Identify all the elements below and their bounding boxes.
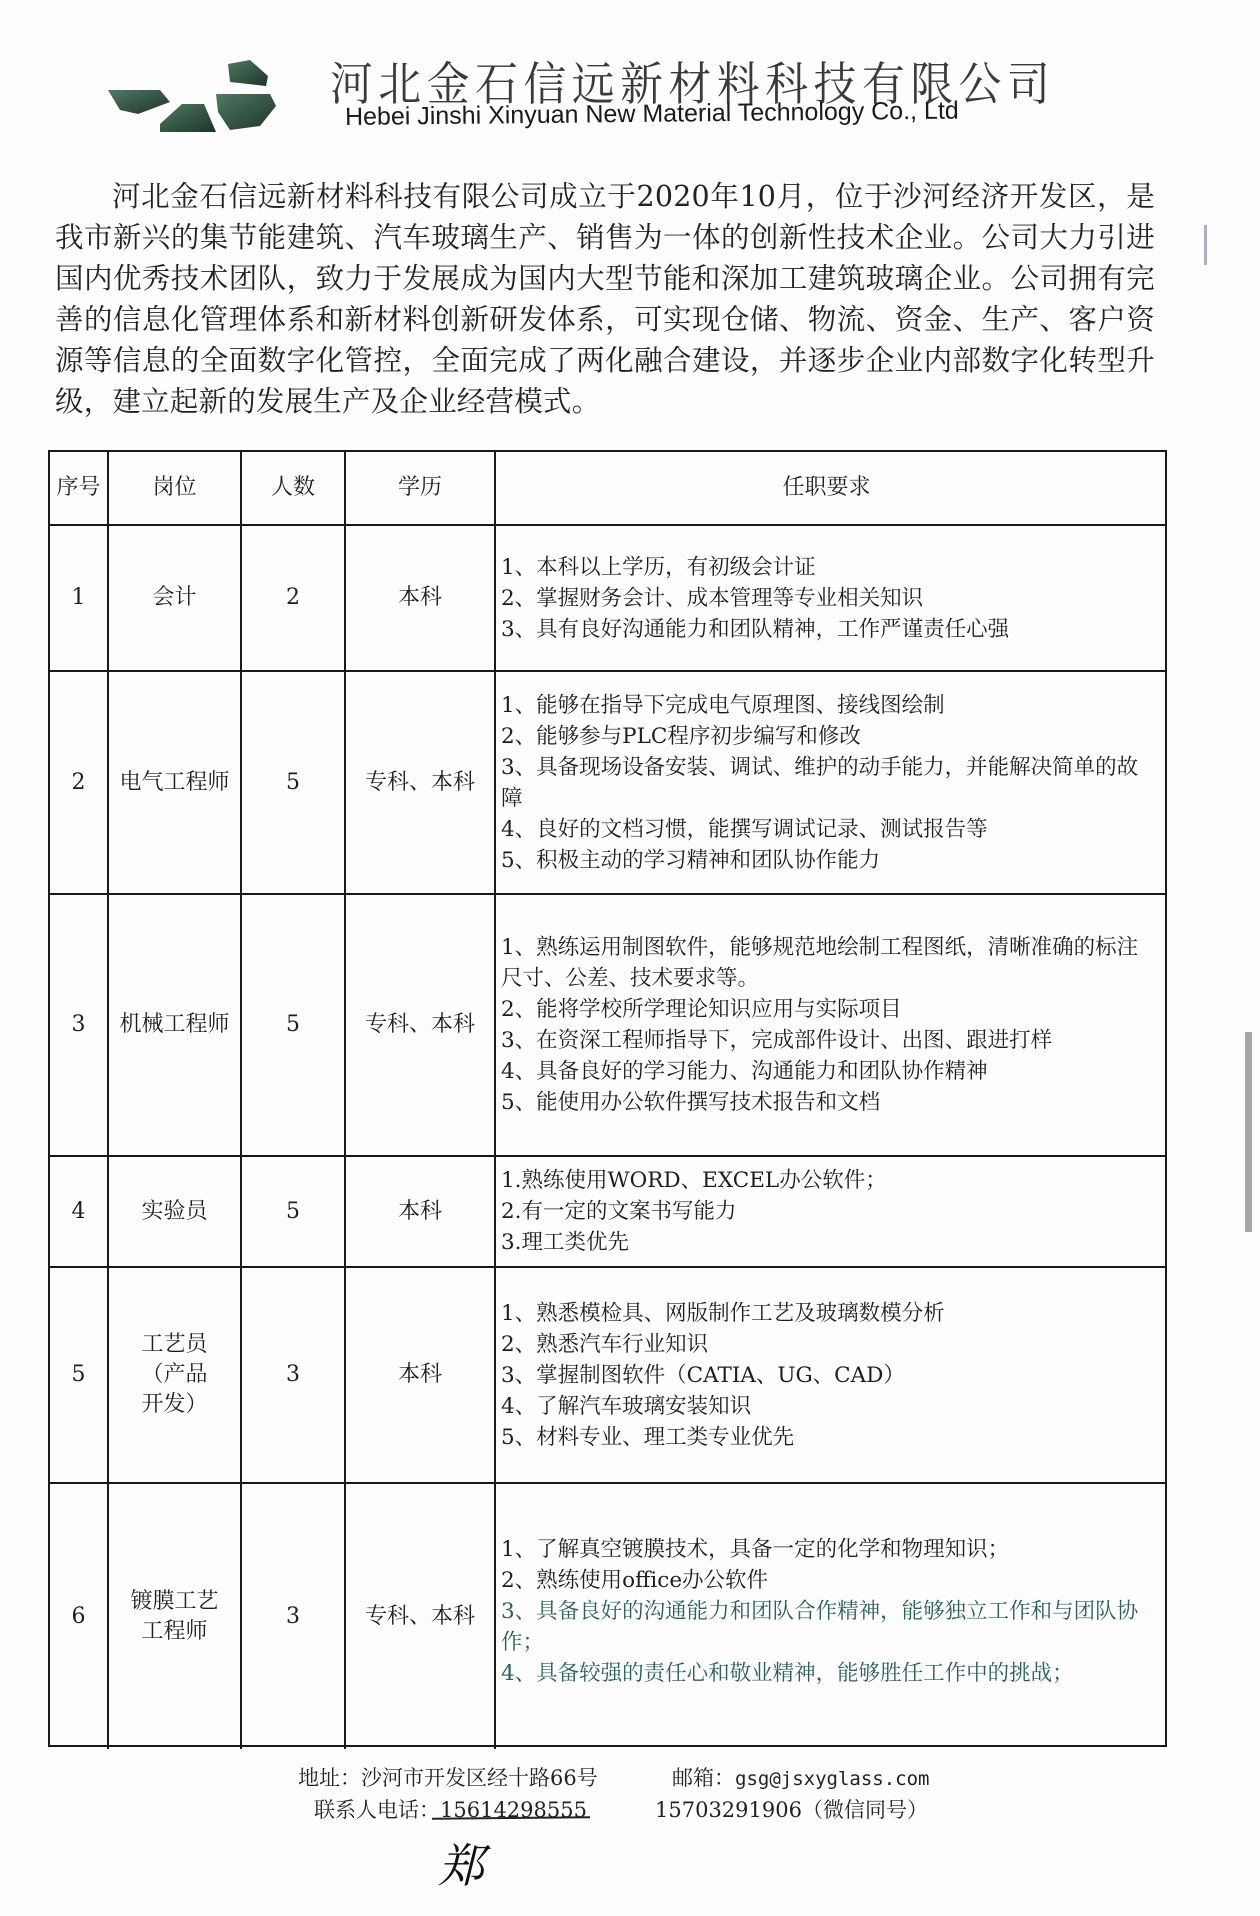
- address: 地址：沙河市开发区经十路66号: [298, 1762, 598, 1792]
- row-no: 1: [50, 526, 109, 670]
- requirement-item: 2、熟练使用office办公软件: [501, 1565, 1157, 1596]
- table-row: 6 镀膜工艺工程师 3 专科、本科 1、了解真空镀膜技术，具备一定的化学和物理知…: [50, 1484, 1165, 1749]
- email: 邮箱：gsg@jsxyglass.com: [672, 1762, 929, 1792]
- header-requirements: 任职要求: [496, 452, 1165, 524]
- address-label: 地址：: [298, 1766, 361, 1790]
- requirement-item: 4、具备良好的学习能力、沟通能力和团队协作精神: [501, 1056, 1157, 1087]
- row-position: 工艺员（产品开发）: [109, 1268, 242, 1482]
- table-header-row: 序号 岗位 人数 学历 任职要求: [50, 452, 1165, 526]
- requirement-item: 5、材料专业、理工类专业优先: [501, 1422, 945, 1453]
- scrollbar-thumb[interactable]: [1245, 1032, 1252, 1232]
- address-value: 沙河市开发区经十路66号: [361, 1766, 598, 1790]
- table-row: 3 机械工程师 5 专科、本科 1、熟练运用制图软件，能够规范地绘制工程图纸，清…: [50, 895, 1165, 1157]
- company-logo: [100, 52, 280, 142]
- scan-edge-mark: [1204, 225, 1207, 265]
- row-requirements: 1、熟悉模检具、网版制作工艺及玻璃数模分析 2、熟悉汽车行业知识 3、掌握制图软…: [496, 1268, 1165, 1482]
- requirement-item: 5、能使用办公软件撰写技术报告和文档: [501, 1087, 1157, 1118]
- row-education: 专科、本科: [346, 1484, 496, 1749]
- requirement-item: 3、具有良好沟通能力和团队精神，工作严谨责任心强: [501, 614, 1009, 645]
- row-position: 实验员: [109, 1157, 242, 1266]
- row-count: 3: [242, 1268, 346, 1482]
- row-no: 4: [50, 1157, 109, 1266]
- requirement-item: 4、了解汽车玻璃安装知识: [501, 1391, 945, 1422]
- row-education: 专科、本科: [346, 672, 496, 893]
- row-no: 3: [50, 895, 109, 1155]
- row-requirements: 1.熟练使用WORD、EXCEL办公软件； 2.有一定的文案书写能力 3.理工类…: [496, 1157, 1165, 1266]
- requirement-item: 4、具备较强的责任心和敬业精神，能够胜任工作中的挑战；: [501, 1658, 1157, 1689]
- row-no: 6: [50, 1484, 109, 1749]
- row-requirements: 1、了解真空镀膜技术，具备一定的化学和物理知识； 2、熟练使用office办公软…: [496, 1484, 1165, 1749]
- row-position: 电气工程师: [109, 672, 242, 893]
- header-education: 学历: [346, 452, 496, 524]
- row-count: 5: [242, 1157, 346, 1266]
- row-education: 专科、本科: [346, 895, 496, 1155]
- row-position: 镀膜工艺工程师: [109, 1484, 242, 1749]
- row-education: 本科: [346, 526, 496, 670]
- contact-phone-2[interactable]: 15703291906（微信同号）: [655, 1794, 928, 1824]
- recruitment-table: 序号 岗位 人数 学历 任职要求 1 会计 2 本科 1、本科以上学历，有初级会…: [48, 450, 1167, 1747]
- phone-label: 联系人电话：: [314, 1798, 440, 1822]
- row-requirements: 1、本科以上学历，有初级会计证 2、掌握财务会计、成本管理等专业相关知识 3、具…: [496, 526, 1165, 670]
- header-no: 序号: [50, 452, 109, 524]
- company-name-en: Hebei Jinshi Xinyuan New Material Techno…: [345, 97, 959, 132]
- row-count: 2: [242, 526, 346, 670]
- requirement-item: 1.熟练使用WORD、EXCEL办公软件；: [501, 1165, 887, 1196]
- requirement-item: 2.有一定的文案书写能力: [501, 1196, 887, 1227]
- row-no: 5: [50, 1268, 109, 1482]
- row-count: 5: [242, 895, 346, 1155]
- row-education: 本科: [346, 1268, 496, 1482]
- requirement-item: 3、掌握制图软件（CATIA、UG、CAD）: [501, 1360, 945, 1391]
- email-value[interactable]: gsg@jsxyglass.com: [735, 1768, 929, 1790]
- table-row: 5 工艺员（产品开发） 3 本科 1、熟悉模检具、网版制作工艺及玻璃数模分析 2…: [50, 1268, 1165, 1484]
- requirement-item: 3、在资深工程师指导下，完成部件设计、出图、跟进打样: [501, 1025, 1157, 1056]
- requirement-item: 1、熟练运用制图软件，能够规范地绘制工程图纸，清晰准确的标注尺寸、公差、技术要求…: [501, 932, 1157, 994]
- table-row: 1 会计 2 本科 1、本科以上学历，有初级会计证 2、掌握财务会计、成本管理等…: [50, 526, 1165, 672]
- row-education: 本科: [346, 1157, 496, 1266]
- requirement-item: 5、积极主动的学习精神和团队协作能力: [501, 845, 1157, 876]
- row-requirements: 1、熟练运用制图软件，能够规范地绘制工程图纸，清晰准确的标注尺寸、公差、技术要求…: [496, 895, 1165, 1155]
- table-row: 4 实验员 5 本科 1.熟练使用WORD、EXCEL办公软件； 2.有一定的文…: [50, 1157, 1165, 1268]
- row-requirements: 1、能够在指导下完成电气原理图、接线图绘制 2、能够参与PLC程序初步编写和修改…: [496, 672, 1165, 893]
- email-label: 邮箱：: [672, 1766, 735, 1790]
- requirement-item: 1、能够在指导下完成电气原理图、接线图绘制: [501, 690, 1157, 721]
- table-row: 2 电气工程师 5 专科、本科 1、能够在指导下完成电气原理图、接线图绘制 2、…: [50, 672, 1165, 895]
- handwritten-signature: 郑: [438, 1830, 484, 1896]
- hexagon-logo-icon: [100, 52, 280, 142]
- header-count: 人数: [242, 452, 346, 524]
- requirement-item: 2、能将学校所学理论知识应用与实际项目: [501, 994, 1157, 1025]
- row-no: 2: [50, 672, 109, 893]
- row-position: 会计: [109, 526, 242, 670]
- header-position: 岗位: [109, 452, 242, 524]
- row-count: 5: [242, 672, 346, 893]
- requirement-item: 1、本科以上学历，有初级会计证: [501, 552, 1009, 583]
- row-position: 机械工程师: [109, 895, 242, 1155]
- requirement-item: 3.理工类优先: [501, 1227, 887, 1258]
- requirement-item: 4、良好的文档习惯，能撰写调试记录、测试报告等: [501, 814, 1157, 845]
- row-count: 3: [242, 1484, 346, 1749]
- requirement-item: 1、熟悉模检具、网版制作工艺及玻璃数模分析: [501, 1298, 945, 1329]
- company-introduction: 河北金石信远新材料科技有限公司成立于2020年10月，位于沙河经济开发区，是我市…: [55, 176, 1155, 422]
- requirement-item: 2、掌握财务会计、成本管理等专业相关知识: [501, 583, 1009, 614]
- requirement-item: 2、能够参与PLC程序初步编写和修改: [501, 721, 1157, 752]
- requirement-item: 3、具备良好的沟通能力和团队合作精神，能够独立工作和与团队协作；: [501, 1596, 1157, 1658]
- requirement-item: 3、具备现场设备安装、调试、维护的动手能力，并能解决简单的故障: [501, 752, 1157, 814]
- requirement-item: 2、熟悉汽车行业知识: [501, 1329, 945, 1360]
- requirement-item: 1、了解真空镀膜技术，具备一定的化学和物理知识；: [501, 1534, 1157, 1565]
